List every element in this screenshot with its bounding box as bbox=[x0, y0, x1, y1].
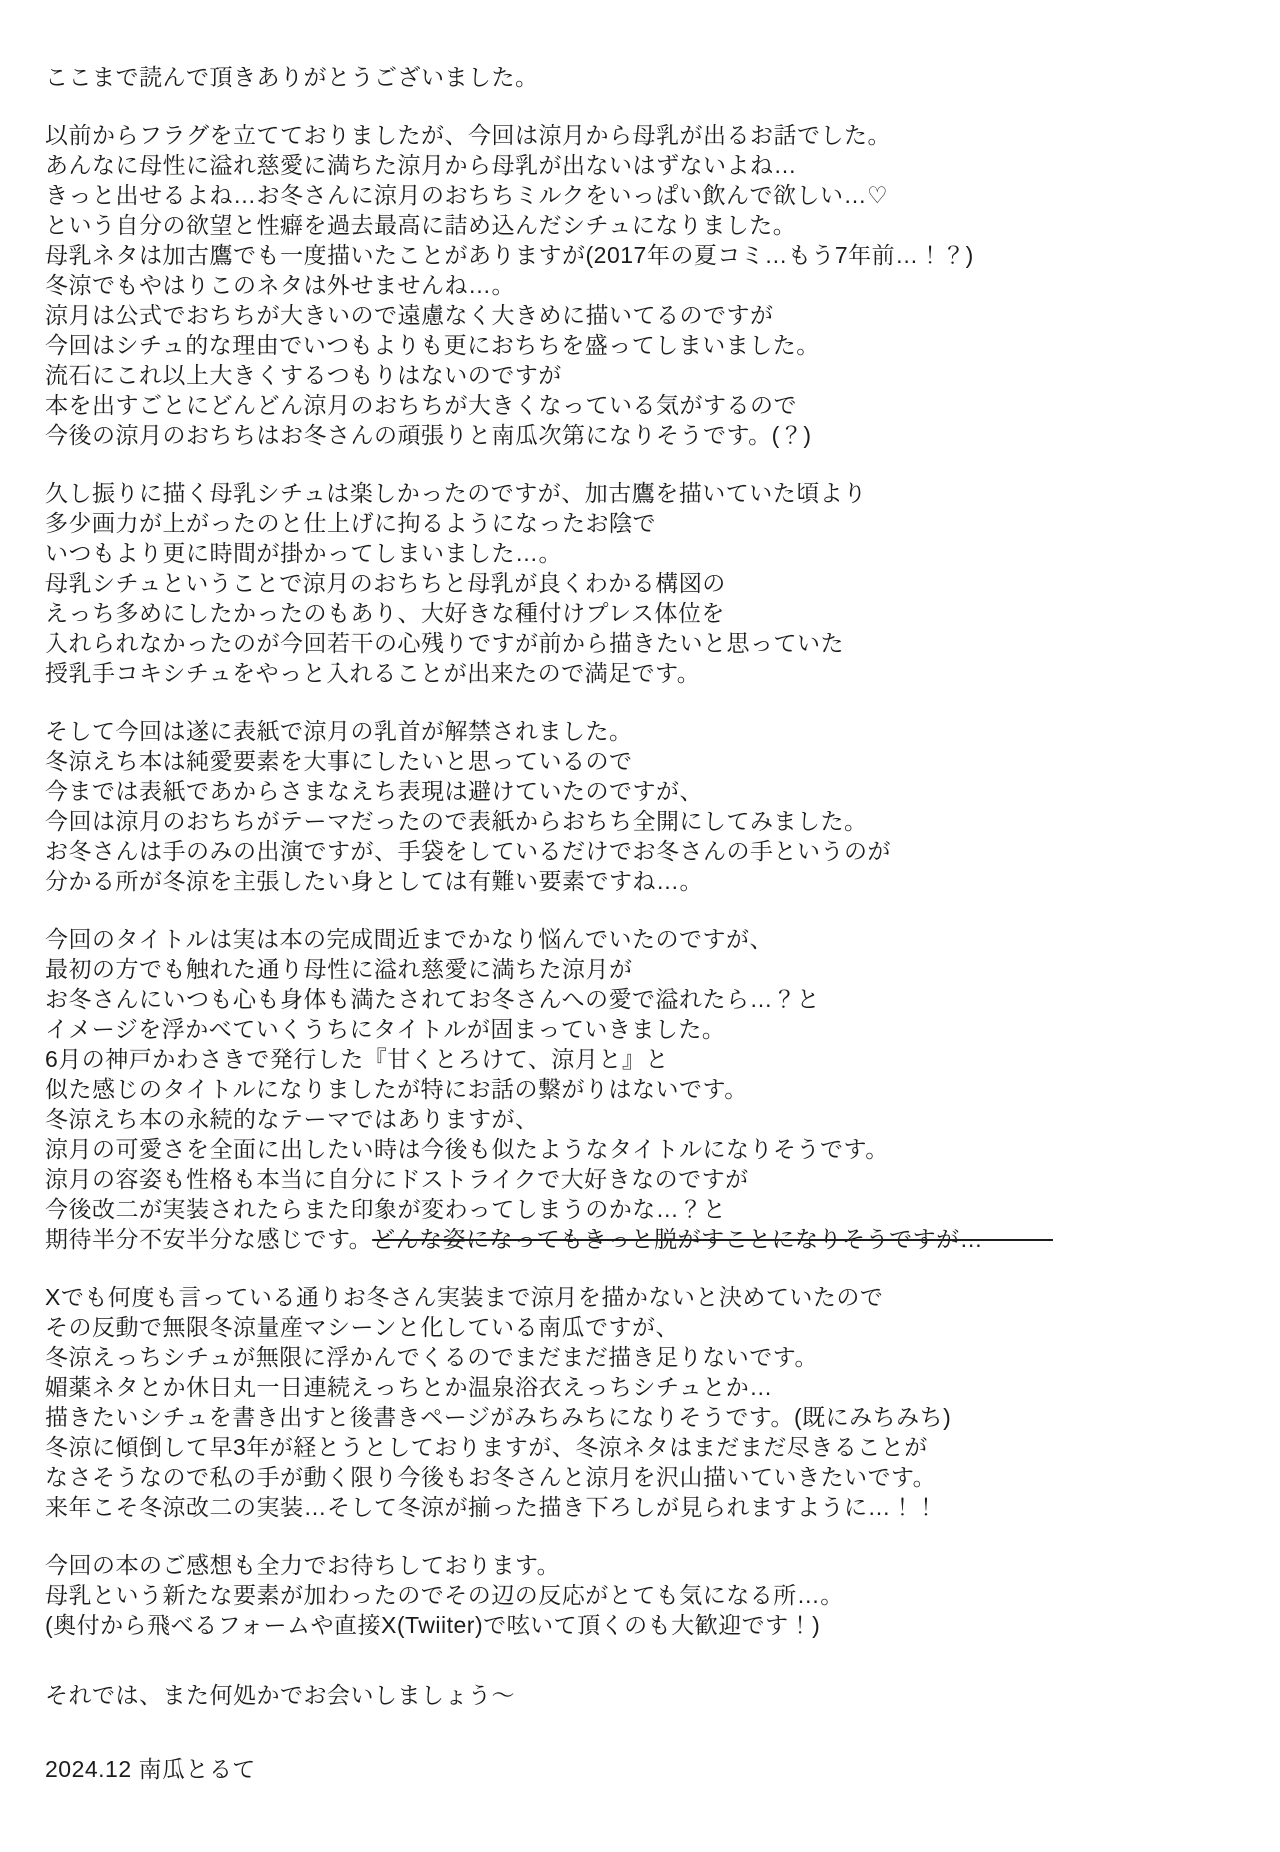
text-line: 涼月の容姿も性格も本当に自分にドストライクで大好きなのですが bbox=[45, 1164, 1240, 1194]
text-line: 入れられなかったのが今回若干の心残りですが前から描きたいと思っていた bbox=[45, 628, 1240, 658]
paragraph-title: 今回のタイトルは実は本の完成間近までかなり悩んでいたのですが、 最初の方でも触れ… bbox=[45, 924, 1240, 1254]
paragraph-cover: そして今回は遂に表紙で涼月の乳首が解禁されました。 冬涼えち本は純愛要素を大事に… bbox=[45, 716, 1240, 896]
text-line: 本を出すごとにどんどん涼月のおちちが大きくなっている気がするので bbox=[45, 390, 1240, 420]
text-line: 冬涼に傾倒して早3年が経とうとしておりますが、冬涼ネタはまだまだ尽きることが bbox=[45, 1432, 1240, 1462]
signature: 2024.12 南瓜とるて bbox=[45, 1754, 1240, 1784]
text-line: その反動で無限冬涼量産マシーンと化している南瓜ですが、 bbox=[45, 1312, 1240, 1342]
text-line: 今後改二が実装されたらまた印象が変わってしまうのかな…？と bbox=[45, 1194, 1240, 1224]
afterword-page: ここまで読んで頂きありがとうございました。 以前からフラグを立てておりましたが、… bbox=[0, 0, 1280, 1852]
text-line: 冬涼えち本の永続的なテーマではありますが、 bbox=[45, 1104, 1240, 1134]
text-line: 最初の方でも触れた通り母性に溢れ慈愛に満ちた涼月が bbox=[45, 954, 1240, 984]
text-line: 今回の本のご感想も全力でお待ちしております。 bbox=[45, 1550, 1240, 1580]
text-line: お冬さんは手のみの出演ですが、手袋をしているだけでお冬さんの手というのが bbox=[45, 836, 1240, 866]
text-line: 今後の涼月のおちちはお冬さんの頑張りと南瓜次第になりそうです。(？) bbox=[45, 420, 1240, 450]
text-line: 今回はシチュ的な理由でいつもよりも更におちちを盛ってしまいました。 bbox=[45, 330, 1240, 360]
closing-line: それでは、また何処かでお会いしましょう～ bbox=[45, 1680, 1240, 1710]
paragraph-thanks: ここまで読んで頂きありがとうございました。 bbox=[45, 62, 1240, 92]
text-line: 冬涼でもやはりこのネタは外せませんね…。 bbox=[45, 270, 1240, 300]
text-line-with-strikethrough: 期待半分不安半分な感じです。どんな姿になってもきっと脱がすことになりそうですが… bbox=[45, 1224, 1240, 1254]
text-line: いつもより更に時間が掛かってしまいました…。 bbox=[45, 538, 1240, 568]
text-line: 来年こそ冬涼改二の実装…そして冬涼が揃った描き下ろしが見られますように…！！ bbox=[45, 1492, 1240, 1522]
text-line: お冬さんにいつも心も身体も満たされてお冬さんへの愛で溢れたら…？と bbox=[45, 984, 1240, 1014]
text-line: 今までは表紙であからさまなえち表現は避けていたのですが、 bbox=[45, 776, 1240, 806]
text-line: 流石にこれ以上大きくするつもりはないのですが bbox=[45, 360, 1240, 390]
text-line: ここまで読んで頂きありがとうございました。 bbox=[45, 62, 1240, 92]
text-line: 媚薬ネタとか休日丸一日連続えっちとか温泉浴衣えっちシチュとか… bbox=[45, 1372, 1240, 1402]
text-line: 涼月は公式でおちちが大きいので遠慮なく大きめに描いてるのですが bbox=[45, 300, 1240, 330]
text-line: なさそうなので私の手が動く限り今後もお冬さんと涼月を沢山描いていきたいです。 bbox=[45, 1462, 1240, 1492]
text-line: イメージを浮かべていくうちにタイトルが固まっていきました。 bbox=[45, 1014, 1240, 1044]
signature-line: 2024.12 南瓜とるて bbox=[45, 1754, 1240, 1784]
text-line: 似た感じのタイトルになりましたが特にお話の繋がりはないです。 bbox=[45, 1074, 1240, 1104]
text-line: あんなに母性に溢れ慈愛に満ちた涼月から母乳が出ないはずないよね… bbox=[45, 150, 1240, 180]
text-line: 母乳という新たな要素が加わったのでその辺の反応がとても気になる所…。 bbox=[45, 1580, 1240, 1610]
text-line: という自分の欲望と性癖を過去最高に詰め込んだシチュになりました。 bbox=[45, 210, 1240, 240]
text-line: 多少画力が上がったのと仕上げに拘るようになったお陰で bbox=[45, 508, 1240, 538]
paragraph-milk-story: 以前からフラグを立てておりましたが、今回は涼月から母乳が出るお話でした。 あんな… bbox=[45, 120, 1240, 450]
text-line: 冬涼えち本は純愛要素を大事にしたいと思っているので bbox=[45, 746, 1240, 776]
text-line: 分かる所が冬涼を主張したい身としては有難い要素ですね…。 bbox=[45, 866, 1240, 896]
text-line: Xでも何度も言っている通りお冬さん実装まで涼月を描かないと決めていたので bbox=[45, 1282, 1240, 1312]
paragraph-feedback: 今回の本のご感想も全力でお待ちしております。 母乳という新たな要素が加わったので… bbox=[45, 1550, 1240, 1640]
text-line: きっと出せるよね…お冬さんに涼月のおちちミルクをいっぱい飲んで欲しい…♡ bbox=[45, 180, 1240, 210]
text-line: 久し振りに描く母乳シチュは楽しかったのですが、加古鷹を描いていた頃より bbox=[45, 478, 1240, 508]
text-line: 今回のタイトルは実は本の完成間近までかなり悩んでいたのですが、 bbox=[45, 924, 1240, 954]
paragraph-future-plans: Xでも何度も言っている通りお冬さん実装まで涼月を描かないと決めていたので その反… bbox=[45, 1282, 1240, 1522]
text-line: 描きたいシチュを書き出すと後書きページがみちみちになりそうです。(既にみちみち) bbox=[45, 1402, 1240, 1432]
strikethrough-text: どんな姿になってもきっと脱がすことになりそうですが… bbox=[372, 1226, 983, 1252]
text-line: 6月の神戸かわさきで発行した『甘くとろけて、涼月と』と bbox=[45, 1044, 1240, 1074]
text-line: そして今回は遂に表紙で涼月の乳首が解禁されました。 bbox=[45, 716, 1240, 746]
text-line: 以前からフラグを立てておりましたが、今回は涼月から母乳が出るお話でした。 bbox=[45, 120, 1240, 150]
paragraph-closing: それでは、また何処かでお会いしましょう～ bbox=[45, 1680, 1240, 1710]
text-line: 母乳ネタは加古鷹でも一度描いたことがありますが(2017年の夏コミ…もう7年前…… bbox=[45, 240, 1240, 270]
strikethrough-tail-line bbox=[983, 1224, 1053, 1254]
text-line: 冬涼えっちシチュが無限に浮かんでくるのでまだまだ描き足りないです。 bbox=[45, 1342, 1240, 1372]
text-line: 涼月の可愛さを全面に出したい時は今後も似たようなタイトルになりそうです。 bbox=[45, 1134, 1240, 1164]
text-line: 母乳シチュということで涼月のおちちと母乳が良くわかる構図の bbox=[45, 568, 1240, 598]
text-line: 授乳手コキシチュをやっと入れることが出来たので満足です。 bbox=[45, 658, 1240, 688]
text-line: (奥付から飛べるフォームや直接X(Twiiter)で呟いて頂くのも大歓迎です！) bbox=[45, 1610, 1240, 1640]
text-line: 今回は涼月のおちちがテーマだったので表紙からおちち全開にしてみました。 bbox=[45, 806, 1240, 836]
paragraph-drawing-process: 久し振りに描く母乳シチュは楽しかったのですが、加古鷹を描いていた頃より 多少画力… bbox=[45, 478, 1240, 688]
text-line: えっち多めにしたかったのもあり、大好きな種付けプレス体位を bbox=[45, 598, 1240, 628]
strike-prefix-text: 期待半分不安半分な感じです。 bbox=[45, 1226, 372, 1252]
